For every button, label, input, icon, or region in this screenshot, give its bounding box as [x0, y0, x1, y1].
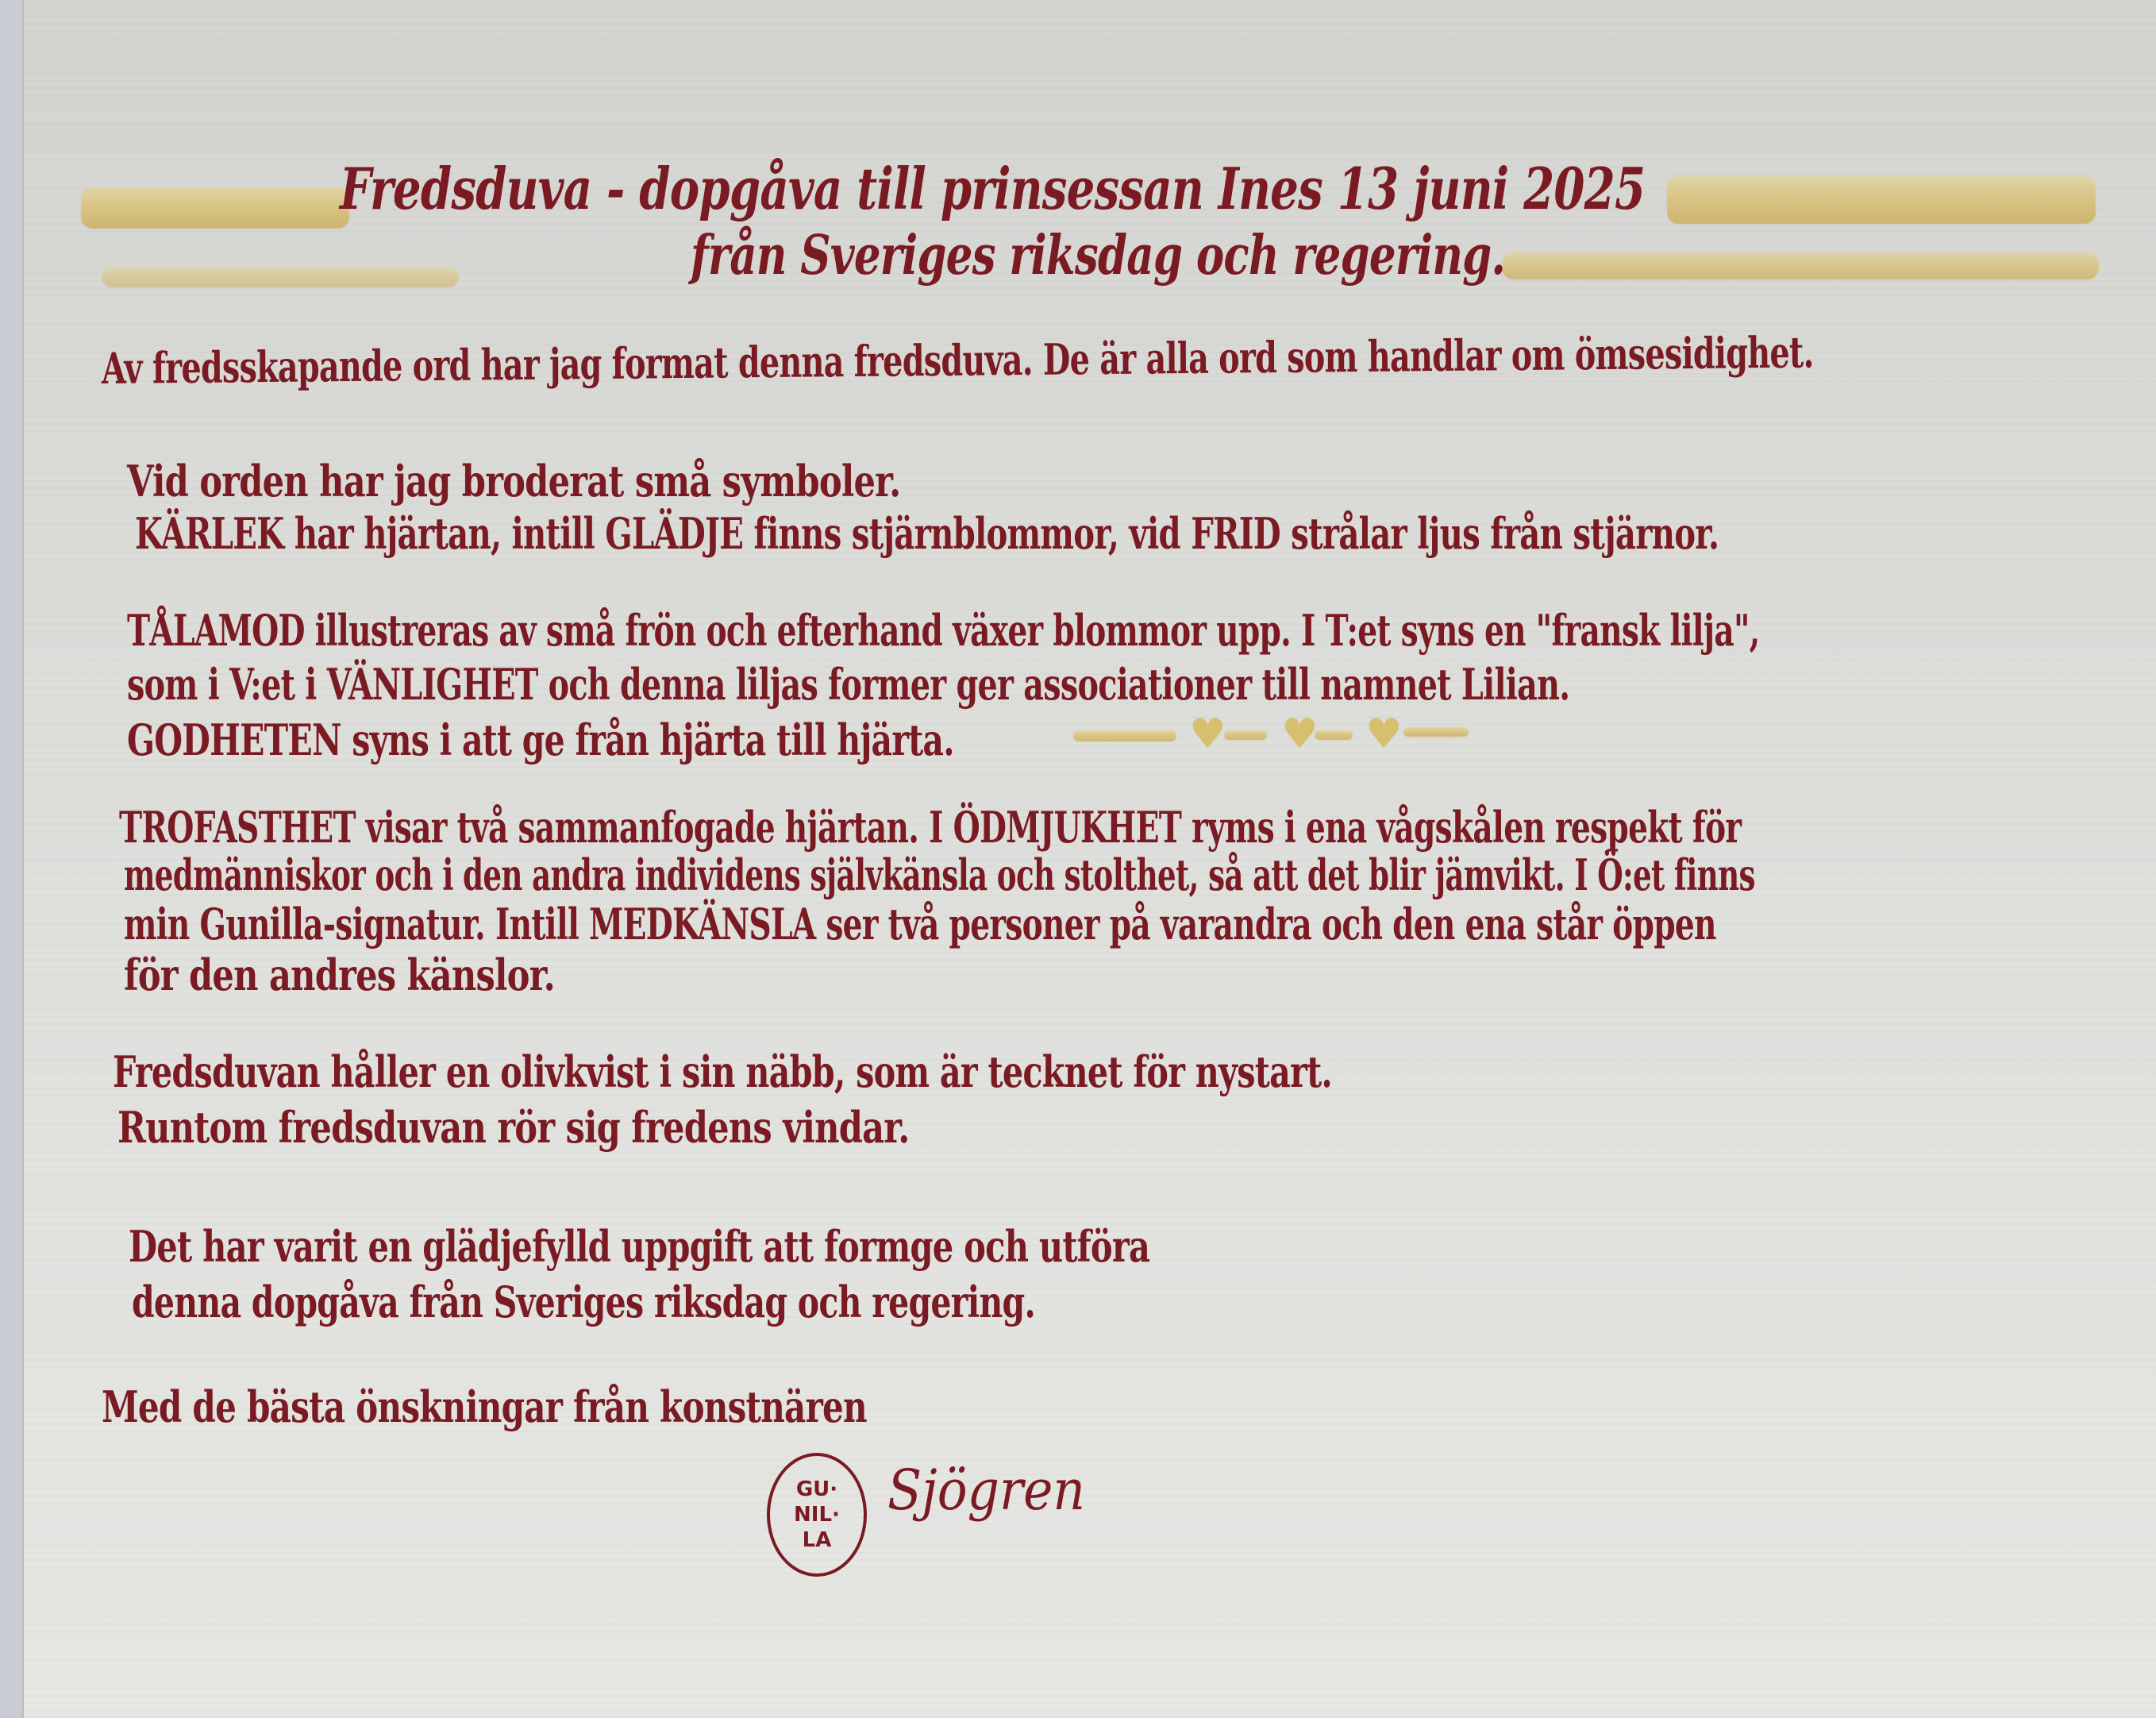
artist-signature: Sjögren [887, 1458, 1085, 1523]
paragraph-5-line-1: Fredsduvan håller en olivkvist i sin näb… [113, 1046, 1332, 1097]
closing-line: Med de bästa önskningar från konstnären [102, 1381, 867, 1432]
gold-bar-title-left [81, 187, 349, 229]
document-title: Fredsduva - dopgåva till prinsessan Ines… [340, 155, 1645, 222]
paragraph-6-line-2: denna dopgåva från Sveriges riksdag och … [132, 1277, 1035, 1327]
paragraph-4-line-3: min Gunilla-signatur. Intill MEDKÄNSLA s… [124, 899, 1716, 950]
paragraph-3-line-3: GODHETEN syns i att ge från hjärta till … [127, 715, 954, 765]
gold-bar-title-right [1667, 176, 2096, 224]
gold-dash-3 [1315, 730, 1353, 740]
paper-sheet: Fredsduva - dopgåva till prinsessan Ines… [22, 0, 2156, 1718]
gold-dash-4 [1403, 727, 1469, 737]
seal-line-3: LA [803, 1527, 832, 1553]
paragraph-1-line-1: Av fredsskapande ord har jag format denn… [102, 327, 1814, 394]
gold-dash-2 [1224, 730, 1267, 740]
gunilla-seal: GU· NIL· LA [767, 1453, 867, 1577]
paragraph-6-line-1: Det har varit en glädjefylld uppgift att… [129, 1221, 1149, 1272]
paragraph-5-line-2: Runtom fredsduvan rör sig fredens vindar… [117, 1102, 910, 1153]
gold-bar-subtitle-left [102, 267, 459, 287]
gold-bar-subtitle-right [1502, 252, 2099, 279]
heart-icon-2: ♥ [1281, 716, 1308, 753]
paragraph-2-line-1: Vid orden har jag broderat små symboler. [127, 456, 900, 507]
paragraph-4-line-4: för den andres känslor. [124, 950, 555, 1000]
paragraph-2-line-2: KÄRLEK har hjärtan, intill GLÄDJE finns … [135, 508, 1719, 559]
paragraph-4-line-2: medmänniskor och i den andra individens … [124, 849, 1755, 900]
seal-line-1: GU· [796, 1477, 837, 1502]
paragraph-3-line-1: TÅLAMOD illustreras av små frön och efte… [127, 605, 1760, 656]
gold-dash-1 [1073, 730, 1176, 742]
document-subtitle: från Sveriges riksdag och regering. [691, 224, 1505, 287]
paragraph-4-line-1: TROFASTHET visar två sammanfogade hjärta… [119, 802, 1741, 853]
paragraph-3-line-2: som i V:et i VÄNLIGHET och denna liljas … [127, 659, 1569, 710]
heart-icon-1: ♥ [1189, 716, 1216, 753]
seal-line-2: NIL· [794, 1502, 840, 1527]
heart-icon-3: ♥ [1365, 716, 1392, 753]
